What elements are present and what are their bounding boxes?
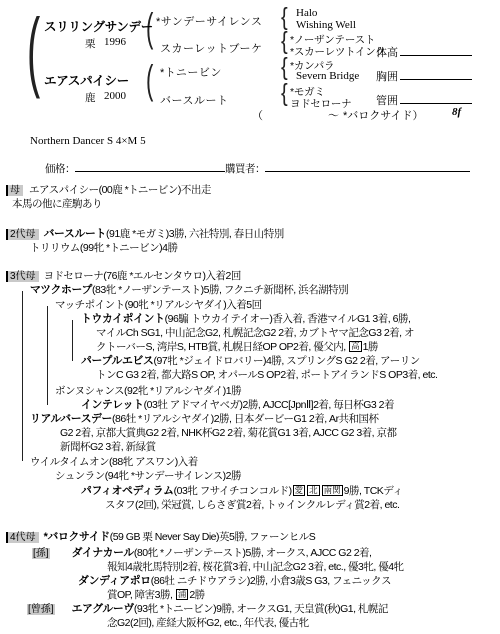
g4dam-line: 4代母*バロクサイド(59 GB 栗 Never Say Die)英5勝, ファ…: [6, 531, 315, 544]
generation-label: 母: [6, 185, 23, 196]
record-text: マイルCh SG1, 中山記念G2, 札幌記念G2 2着, カブトヤマ記念G3 …: [96, 327, 414, 339]
record-line: クトーバーS, 湾岸S, HTB賞, 札幌日経OP OP2着, 優父内, 高1勝: [96, 341, 378, 353]
dam-coat: 鹿: [85, 90, 96, 105]
record-text: Northern Dancer S 4×M 5: [30, 135, 146, 147]
record-text: 本馬の他に産駒あり: [12, 198, 102, 210]
horse-name: パフィオペディラム: [81, 485, 174, 497]
record-text: 2勝: [189, 589, 204, 601]
record-text: クトーバーS, 湾岸S, HTB賞, 札幌日経OP OP2着, 優父内,: [96, 341, 348, 353]
record-line: 報知4歳牝馬特別2着, 桜花賞3着, 中山記念G2 3着, etc., 優3牝,…: [107, 561, 404, 573]
record-text: 9勝, TCKディ: [344, 485, 403, 497]
family-tilde: ～: [328, 107, 339, 123]
record-line: パープルエビス(97牝 *ジェイドロバリー)4勝, スプリングS G2 2着, …: [81, 355, 420, 367]
height-blank: [400, 44, 472, 56]
record-text: 価格：: [45, 163, 75, 175]
record-text: ボンヌシャンス(92牝 *リアルシヤダイ)1勝: [55, 385, 241, 397]
record-line: [曾孫]エアグルーヴ(93牝 *トニービン)9勝, オークスG1, 天皇賞(秋)…: [27, 603, 388, 616]
pedigree-tree-line: [72, 320, 73, 361]
record-text: 報知4歳牝馬特別2着, 桜花賞3着, 中山記念G2 3着, etc., 優3牝,…: [107, 561, 404, 573]
bracket-dam-pair: (: [146, 60, 153, 100]
record-line: トウカイポイント(96騸 トウカイテイオー)香入着, 香港マイルG1 3着, 6…: [81, 313, 410, 325]
inbreeding-line: Northern Dancer S 4×M 5: [30, 135, 146, 147]
record-text: (86牡 *リアルシヤダイ)2勝, 日本ダービーG1 2着, Ar共和国杯: [112, 413, 379, 425]
blank-line: [75, 160, 225, 172]
record-line: トンC G3 2着, 都大路S OP, オパールS OP2着, ポートアイランド…: [96, 369, 437, 381]
horse-name: リアルバースデー: [30, 413, 112, 425]
record-text: (86牡 ニチドウアラシ)2勝, 小倉3歳S G3, フェニックス: [151, 575, 391, 587]
pedigree-tree-line: [22, 291, 23, 461]
record-text: G2 2着, 京都大賞典G2 2着, NHK杯G2 2着, 菊花賞G1 3着, …: [60, 427, 397, 439]
dam-name: エアスパイシー: [44, 71, 129, 89]
horse-name: トウカイポイント: [81, 313, 165, 325]
record-text: (97牝 *ジェイドロバリー)4勝, スプリングS G2 2着, アーリン: [154, 355, 420, 367]
region-box: 北: [307, 485, 320, 496]
record-line: 新聞杯G2 3着, 新緑賞: [60, 441, 156, 453]
record-line: 賞OP, 障害3勝, 浦2勝: [107, 589, 205, 601]
record-text: エアスパイシー(00鹿 *トニービン)不出走: [29, 184, 211, 196]
record-text: 購買者：: [225, 163, 265, 175]
measurement-girth: 胸囲: [376, 68, 472, 84]
record-text: (59 GB 栗 Never Say Die)英5勝, ファーンヒルS: [110, 531, 316, 543]
blank-line: [265, 160, 470, 172]
relation-label: [曾孫]: [27, 604, 55, 615]
pedigree-catalog-page: ( ( ( { { { { スリリングサンデー 栗 1996 エアスパイシー 鹿…: [0, 0, 500, 634]
bracket-g3-3: {: [281, 55, 288, 80]
region-box: 愛: [293, 485, 306, 496]
record-text: トリリウム(99牝 *トニービン)4勝: [30, 242, 178, 254]
record-line: [孫]ダイナカール(80牝 *ノーザンテースト)5勝, オークス, AJCC G…: [32, 547, 371, 560]
granddam-line: 2代母バースルート(91鹿 *モガミ)3勝, 六社特別, 春日山特別: [6, 228, 284, 241]
height-label: 体高: [376, 47, 398, 59]
record-line: 念G2(2回), 産経大阪杯G2, etc., 年代表, 優古牝: [107, 617, 309, 629]
sire-dam-name: スカーレットブーケ: [160, 40, 263, 56]
record-text: ヨドセローナ(76鹿 *エルセンタウロ)入着2回: [44, 270, 241, 282]
dam-sire-name: *トニービン: [160, 64, 222, 80]
horse-name: バースルート: [44, 228, 106, 240]
record-line: パフィオペディラム(03牝 フサイチコンコルド)愛北南関9勝, TCKディ: [81, 485, 402, 497]
record-text: (03牝 フサイチコンコルド): [174, 485, 292, 497]
record-text: 1勝: [363, 341, 378, 353]
g3-halo: Halo: [296, 7, 317, 19]
dam-note: 本馬の他に産駒あり: [12, 198, 102, 210]
record-line: ウイルタイムオン(88牝 アスワン)入着: [30, 456, 198, 468]
cannon-label: 管囲: [376, 95, 398, 107]
record-text: (03牡 アドマイヤベガ)2勝, AJCC[JpnⅡ]2着, 毎日杯G3 2着: [144, 399, 394, 411]
family-open-paren: （: [252, 107, 263, 123]
girth-blank: [400, 68, 472, 80]
region-box: 高: [349, 341, 362, 352]
record-text: (83牝 *ノーザンテースト)5勝, フクニチ新聞杯, 浜名湖特別: [92, 284, 348, 296]
family-tail: *バロクサイド）: [343, 107, 424, 123]
horse-name: インテレット: [81, 399, 144, 411]
g3-severn-bridge: Severn Bridge: [296, 70, 359, 82]
record-line: マツクホープ(83牝 *ノーザンテースト)5勝, フクニチ新聞杯, 浜名湖特別: [30, 284, 348, 296]
cannon-blank: [400, 92, 472, 104]
sire-coat: 栗: [85, 36, 96, 51]
record-line: G2 2着, 京都大賞典G2 2着, NHK杯G2 2着, 菊花賞G1 3着, …: [60, 427, 397, 439]
record-text: マッチポイント(90牝 *リアルシヤダイ)入着5回: [55, 299, 262, 311]
record-line: シュンラン(94牝 *サンデーサイレンス)2勝: [55, 470, 241, 482]
region-box: 南関: [322, 485, 343, 496]
record-line: スタフ(2回), 栄冠賞, しらさぎ賞2着, トゥインクルレディ賞2着, etc…: [105, 499, 399, 511]
horse-name: エアグルーヴ: [72, 603, 134, 615]
record-line: インテレット(03牡 アドマイヤベガ)2勝, AJCC[JpnⅡ]2着, 毎日杯…: [81, 399, 394, 411]
region-box: 浦: [176, 589, 189, 600]
dam-year: 2000: [104, 90, 126, 102]
horse-name: マツクホープ: [30, 284, 92, 296]
record-text: (80牝 *ノーザンテースト)5勝, オークス, AJCC G2 2着,: [134, 547, 372, 559]
record-text: トンC G3 2着, 都大路S OP, オパールS OP2着, ポートアイランド…: [96, 369, 437, 381]
record-text: シュンラン(94牝 *サンデーサイレンス)2勝: [55, 470, 241, 482]
sale-line: 価格：購買者：: [45, 160, 470, 175]
record-line: ボンヌシャンス(92牝 *リアルシヤダイ)1勝: [55, 385, 241, 397]
record-text: (91鹿 *モガミ)3勝, 六社特別, 春日山特別: [106, 228, 284, 240]
record-text: 賞OP, 障害3勝,: [107, 589, 175, 601]
pedigree-tree-line: [47, 306, 48, 405]
g3-wishing-well: Wishing Well: [296, 19, 356, 31]
sire-name: スリリングサンデー: [44, 17, 153, 35]
horse-name: ダンディアポロ: [78, 575, 151, 587]
family-number: 8f: [452, 106, 461, 118]
record-line: マイルCh SG1, 中山記念G2, 札幌記念G2 2着, カブトヤマ記念G3 …: [96, 327, 414, 339]
bracket-g3-4: {: [281, 81, 288, 106]
record-line: トリリウム(99牝 *トニービン)4勝: [30, 242, 178, 254]
record-text: スタフ(2回), 栄冠賞, しらさぎ賞2着, トゥインクルレディ賞2着, etc…: [105, 499, 399, 511]
sire-year: 1996: [104, 36, 126, 48]
dam-dam-name: バースルート: [160, 92, 228, 108]
sire-sire-name: *サンデーサイレンス: [156, 13, 262, 29]
record-text: ウイルタイムオン(88牝 アスワン)入着: [30, 456, 198, 468]
g3dam-line: 3代母ヨドセローナ(76鹿 *エルセンタウロ)入着2回: [6, 270, 241, 283]
bracket-g3-2: {: [281, 29, 288, 54]
record-text: (96騸 トウカイテイオー)香入着, 香港マイルG1 3着, 6勝,: [165, 313, 411, 325]
horse-name: ダイナカール: [72, 547, 134, 559]
g3-scarlet-ink: *スカーレツトインク: [290, 44, 386, 59]
record-text: 念G2(2回), 産経大阪杯G2, etc., 年代表, 優古牝: [107, 617, 309, 629]
pedigree-chart: ( ( ( { { { { スリリングサンデー 栗 1996 エアスパイシー 鹿…: [0, 0, 500, 125]
horse-name: *バロクサイド: [44, 531, 110, 543]
record-line: リアルバースデー(86牡 *リアルシヤダイ)2勝, 日本ダービーG1 2着, A…: [30, 413, 379, 425]
bracket-outer: (: [27, 6, 40, 94]
generation-label: 3代母: [6, 271, 39, 282]
record-line: マッチポイント(90牝 *リアルシヤダイ)入着5回: [55, 299, 262, 311]
dam-record-line: 母エアスパイシー(00鹿 *トニービン)不出走: [6, 184, 211, 197]
horse-name: パープルエビス: [81, 355, 154, 367]
generation-label: 2代母: [6, 229, 39, 240]
girth-label: 胸囲: [376, 71, 398, 83]
record-text: 新聞杯G2 3着, 新緑賞: [60, 441, 156, 453]
relation-label: [孫]: [32, 548, 50, 559]
record-text: (93牝 *トニービン)9勝, オークスG1, 天皇賞(秋)G1, 札幌記: [134, 603, 388, 615]
record-line: ダンディアポロ(86牡 ニチドウアラシ)2勝, 小倉3歳S G3, フェニックス: [78, 575, 391, 587]
generation-label: 4代母: [6, 532, 39, 543]
measurement-height: 体高: [376, 44, 472, 60]
